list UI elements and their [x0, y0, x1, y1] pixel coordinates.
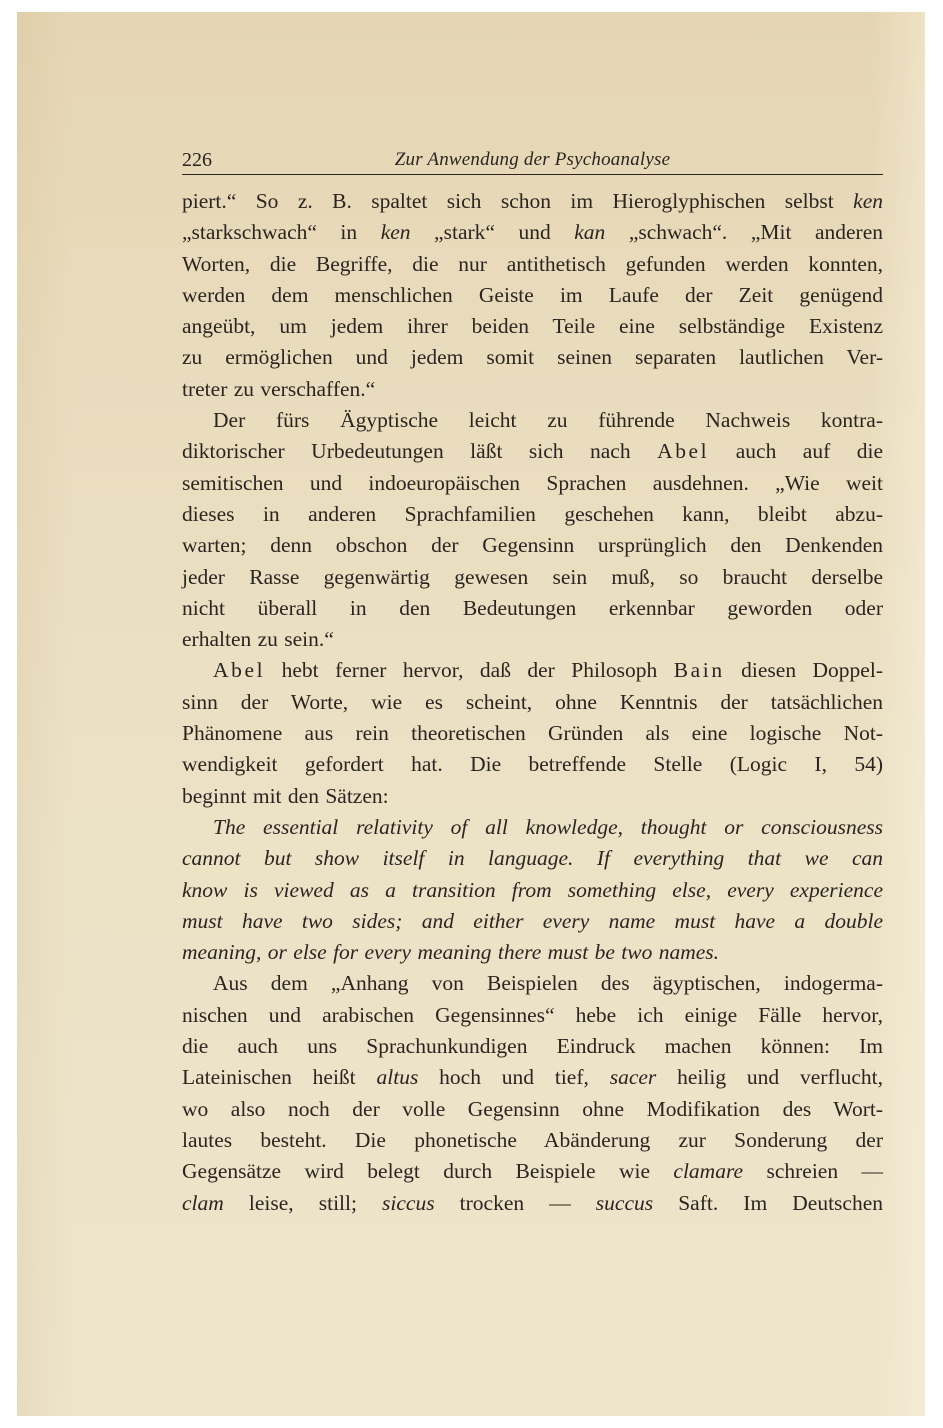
spaced-name: Bain: [674, 658, 725, 682]
italic-text: The essential relativity of all knowledg…: [213, 815, 883, 839]
text-segment: lautes besteht. Die phonetische Abänderu…: [182, 1128, 883, 1152]
text-segment: Gegensätze wird belegt durch Beispiele w…: [182, 1159, 673, 1183]
text-segment: „stark“ und: [411, 220, 575, 244]
text-line: beginnt mit den Sätzen:: [182, 781, 883, 812]
text-segment: diktorischer Urbedeutungen läßt sich nac…: [182, 439, 657, 463]
text-line: Aus dem „Anhang von Beispielen des ägypt…: [182, 968, 883, 999]
text-line: sinn der Worte, wie es scheint, ohne Ken…: [182, 687, 883, 718]
text-line: angeübt, um jedem ihrer beiden Teile ein…: [182, 311, 883, 342]
text-segment: trocken —: [435, 1191, 596, 1215]
text-line: lautes besteht. Die phonetische Abänderu…: [182, 1125, 883, 1156]
text-segment: hoch und tief,: [418, 1065, 609, 1089]
text-line: erhalten zu sein.“: [182, 624, 883, 655]
text-line: nicht überall in den Bedeutungen erkennb…: [182, 593, 883, 624]
text-line: „starkschwach“ in ken „stark“ und kan „s…: [182, 217, 883, 248]
text-line: nischen und arabischen Gegensinnes“ hebe…: [182, 1000, 883, 1031]
text-segment: dieses in anderen Sprachfamilien gescheh…: [182, 502, 883, 526]
spaced-name: Abel: [657, 439, 709, 463]
text-line: must have two sides; and either every na…: [182, 906, 883, 937]
text-line: warten; denn obschon der Gegensinn urspr…: [182, 530, 883, 561]
text-line: dieses in anderen Sprachfamilien gescheh…: [182, 499, 883, 530]
text-segment: diesen Doppel-: [725, 658, 883, 682]
italic-text: clam: [182, 1191, 224, 1215]
text-segment: auch auf die: [709, 439, 883, 463]
text-segment: leise, still;: [224, 1191, 382, 1215]
text-line: Phänomene aus rein theoretischen Gründen…: [182, 718, 883, 749]
text-segment: Phänomene aus rein theoretischen Gründen…: [182, 721, 883, 745]
italic-text: altus: [377, 1065, 419, 1089]
text-line: know is viewed as a transition from some…: [182, 875, 883, 906]
text-segment: angeübt, um jedem ihrer beiden Teile ein…: [182, 314, 883, 338]
text-segment: semitischen und indoeuropäischen Sprache…: [182, 471, 883, 495]
text-segment: wo also noch der volle Gegensinn ohne Mo…: [182, 1097, 883, 1121]
italic-text: succus: [596, 1191, 653, 1215]
text-segment: werden dem menschlichen Geiste im Laufe …: [182, 283, 883, 307]
text-segment: die auch uns Sprachunkundigen Eindruck m…: [182, 1034, 883, 1058]
italic-text: must have two sides; and either every na…: [182, 909, 883, 933]
text-segment: beginnt mit den Sätzen:: [182, 784, 389, 808]
text-segment: heilig und verflucht,: [656, 1065, 883, 1089]
text-line: The essential relativity of all knowledg…: [182, 812, 883, 843]
running-title: Zur Anwendung der Psychoanalyse: [182, 148, 883, 172]
text-line: Der fürs Ägyptische leicht zu führende N…: [182, 405, 883, 436]
text-line: Gegensätze wird belegt durch Beispiele w…: [182, 1156, 883, 1187]
italic-text: meaning, or else for every meaning there…: [182, 940, 719, 964]
text-segment: hebt ferner hervor, daß der Philosoph: [265, 658, 674, 682]
spaced-name: Abel: [213, 658, 265, 682]
text-segment: Aus dem „Anhang von Beispielen des ägypt…: [213, 971, 883, 995]
text-segment: Saft. Im Deutschen: [653, 1191, 883, 1215]
text-segment: Worten, die Begriffe, die nur antithetis…: [182, 252, 883, 276]
text-line: cannot but show itself in language. If e…: [182, 843, 883, 874]
text-line: Abel hebt ferner hervor, daß der Philoso…: [182, 655, 883, 686]
italic-text: clamare: [673, 1159, 743, 1183]
book-page: 226 Zur Anwendung der Psychoanalyse pier…: [17, 12, 925, 1416]
italic-text: sacer: [610, 1065, 657, 1089]
text-line: wendigkeit gefordert hat. Die betreffend…: [182, 749, 883, 780]
text-line: diktorischer Urbedeutungen läßt sich nac…: [182, 436, 883, 467]
italic-text: ken: [381, 220, 411, 244]
text-segment: Lateinischen heißt: [182, 1065, 377, 1089]
italic-text: kan: [574, 220, 605, 244]
text-segment: schreien —: [743, 1159, 883, 1183]
text-segment: zu ermöglichen und jedem somit seinen se…: [182, 345, 883, 369]
text-line: semitischen und indoeuropäischen Sprache…: [182, 468, 883, 499]
text-segment: „schwach“. „Mit anderen: [605, 220, 883, 244]
running-header: 226 Zur Anwendung der Psychoanalyse: [182, 148, 883, 175]
italic-text: siccus: [382, 1191, 435, 1215]
text-line: zu ermöglichen und jedem somit seinen se…: [182, 342, 883, 373]
italic-text: cannot but show itself in language. If e…: [182, 846, 883, 870]
text-line: jeder Rasse gegenwärtig gewesen sein muß…: [182, 562, 883, 593]
text-line: werden dem menschlichen Geiste im Laufe …: [182, 280, 883, 311]
text-segment: „starkschwach“ in: [182, 220, 381, 244]
text-line: Lateinischen heißt altus hoch und tief, …: [182, 1062, 883, 1093]
text-segment: jeder Rasse gegenwärtig gewesen sein muß…: [182, 565, 883, 589]
text-segment: nicht überall in den Bedeutungen erkennb…: [182, 596, 883, 620]
text-line: die auch uns Sprachunkundigen Eindruck m…: [182, 1031, 883, 1062]
text-segment: sinn der Worte, wie es scheint, ohne Ken…: [182, 690, 883, 714]
text-segment: Der fürs Ägyptische leicht zu führende N…: [213, 408, 883, 432]
italic-text: ken: [853, 189, 883, 213]
text-segment: nischen und arabischen Gegensinnes“ hebe…: [182, 1003, 883, 1027]
text-line: Worten, die Begriffe, die nur antithetis…: [182, 249, 883, 280]
text-line: clam leise, still; siccus trocken — succ…: [182, 1188, 883, 1219]
text-segment: erhalten zu sein.“: [182, 627, 334, 651]
text-line: meaning, or else for every meaning there…: [182, 937, 883, 968]
text-segment: treter zu verschaffen.“: [182, 377, 375, 401]
italic-text: know is viewed as a transition from some…: [182, 878, 883, 902]
text-line: wo also noch der volle Gegensinn ohne Mo…: [182, 1094, 883, 1125]
text-segment: warten; denn obschon der Gegensinn urspr…: [182, 533, 883, 557]
text-segment: wendigkeit gefordert hat. Die betreffend…: [182, 752, 883, 776]
text-segment: piert.“ So z. B. spaltet sich schon im H…: [182, 189, 853, 213]
body-text: piert.“ So z. B. spaltet sich schon im H…: [182, 186, 883, 1219]
text-line: piert.“ So z. B. spaltet sich schon im H…: [182, 186, 883, 217]
text-line: treter zu verschaffen.“: [182, 374, 883, 405]
